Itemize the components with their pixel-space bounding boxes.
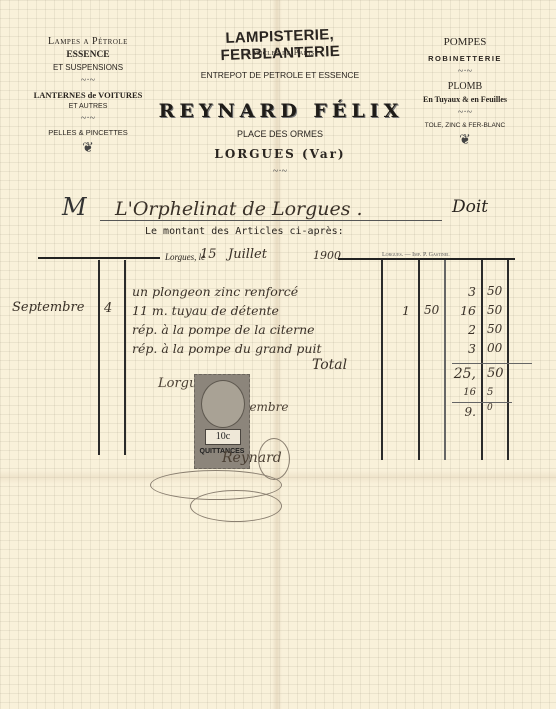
header-rule-left bbox=[38, 257, 160, 259]
recipient-name: L'Orphelinat de Lorgues . bbox=[115, 198, 363, 220]
signature-flourish bbox=[258, 438, 290, 480]
column-line-unit-cts bbox=[418, 260, 420, 460]
fleuron-icon: ❦ bbox=[400, 132, 530, 149]
item-total-francs: 3 bbox=[446, 341, 476, 356]
item-unit-cents: 50 bbox=[424, 303, 439, 317]
balance-cents: 0 bbox=[487, 403, 493, 413]
balance-francs: 9. bbox=[446, 405, 476, 419]
right-line-1: POMPES bbox=[400, 36, 530, 48]
left-line-6: PELLES & PINCETTES bbox=[18, 128, 158, 137]
montant-label: Le montant des Articles ci-après: bbox=[145, 226, 344, 237]
left-line-3: ET SUSPENSIONS bbox=[18, 63, 158, 72]
divider-ornament: ~·~ bbox=[400, 107, 530, 118]
entry-day: 4 bbox=[104, 301, 112, 316]
business-depot: ENTREPOT DE PETROLE ET ESSENCE bbox=[165, 70, 395, 80]
right-line-4: En Tuyaux & en Feuilles bbox=[400, 95, 530, 104]
divider-ornament: ~·~ bbox=[400, 66, 530, 77]
right-line-2: ROBINETTERIE bbox=[400, 54, 530, 63]
column-line-right bbox=[507, 260, 509, 460]
item-description: rép. à la pompe du grand puit bbox=[132, 341, 321, 356]
fleuron-icon: ❦ bbox=[18, 140, 158, 157]
doit-label: Doit bbox=[452, 197, 488, 217]
item-total-francs: 2 bbox=[446, 322, 476, 337]
column-line-day bbox=[124, 260, 126, 455]
date-day: 15 bbox=[200, 247, 217, 262]
item-description: rép. à la pompe de la citerne bbox=[132, 322, 315, 337]
entry-month: Septembre bbox=[12, 300, 84, 315]
total-francs: 25, bbox=[446, 366, 476, 382]
left-line-5: ET AUTRES bbox=[18, 103, 158, 110]
business-address: PLACE DES ORMES bbox=[165, 129, 395, 139]
left-line-1: Lampes a Pétrole bbox=[18, 36, 158, 47]
item-total-cents: 00 bbox=[487, 341, 502, 355]
printer-credit: Lorgues. — Imp. P. Gastinel bbox=[382, 252, 450, 258]
signature-flourish bbox=[190, 490, 282, 522]
business-subtitle: Articles de Paris bbox=[165, 47, 395, 57]
sum-line bbox=[452, 363, 532, 364]
right-line-5: TOLE, ZINC & FER-BLANC bbox=[400, 122, 530, 129]
column-line-date bbox=[98, 260, 100, 455]
column-line-amount-cts bbox=[481, 260, 483, 460]
letterhead-right: POMPES ROBINETTERIE ~·~ PLOMB En Tuyaux … bbox=[400, 36, 530, 149]
item-unit-francs: 1 bbox=[380, 303, 410, 318]
stamp-portrait-icon bbox=[201, 380, 245, 428]
letterhead-left: Lampes a Pétrole ESSENCE ET SUSPENSIONS … bbox=[18, 36, 158, 157]
sum-line bbox=[452, 402, 512, 403]
paid-francs: 16 bbox=[446, 387, 476, 398]
item-total-cents: 50 bbox=[487, 322, 502, 336]
left-line-2: ESSENCE bbox=[18, 50, 158, 60]
divider-ornament: ~·~ bbox=[165, 166, 395, 177]
recipient-underline bbox=[100, 220, 442, 221]
total-label: Total bbox=[312, 357, 347, 373]
business-owner-name: REYNARD FÉLIX bbox=[150, 100, 412, 122]
paid-cents: 5 bbox=[487, 387, 493, 398]
item-total-cents: 50 bbox=[487, 303, 502, 317]
item-total-cents: 50 bbox=[487, 284, 502, 298]
business-city: LORGUES (Var) bbox=[165, 147, 395, 161]
date-year: 1900 bbox=[313, 249, 341, 262]
date-month: Juillet bbox=[228, 247, 267, 262]
total-cents: 50 bbox=[487, 366, 504, 381]
item-description: 11 m. tuyau de détente bbox=[132, 303, 279, 318]
divider-ornament: ~·~ bbox=[18, 75, 158, 86]
header-rule-right bbox=[338, 258, 515, 260]
left-line-4: LANTERNES de VOITURES bbox=[18, 90, 158, 100]
item-description: un plongeon zinc renforcé bbox=[132, 284, 298, 299]
column-line-unit bbox=[381, 260, 383, 460]
item-total-francs: 3 bbox=[446, 284, 476, 299]
right-line-3: PLOMB bbox=[400, 81, 530, 92]
monogram-m: M bbox=[62, 193, 87, 221]
item-total-francs: 16 bbox=[446, 303, 476, 318]
stamp-value: 10c bbox=[205, 429, 241, 445]
divider-ornament: ~·~ bbox=[18, 113, 158, 124]
